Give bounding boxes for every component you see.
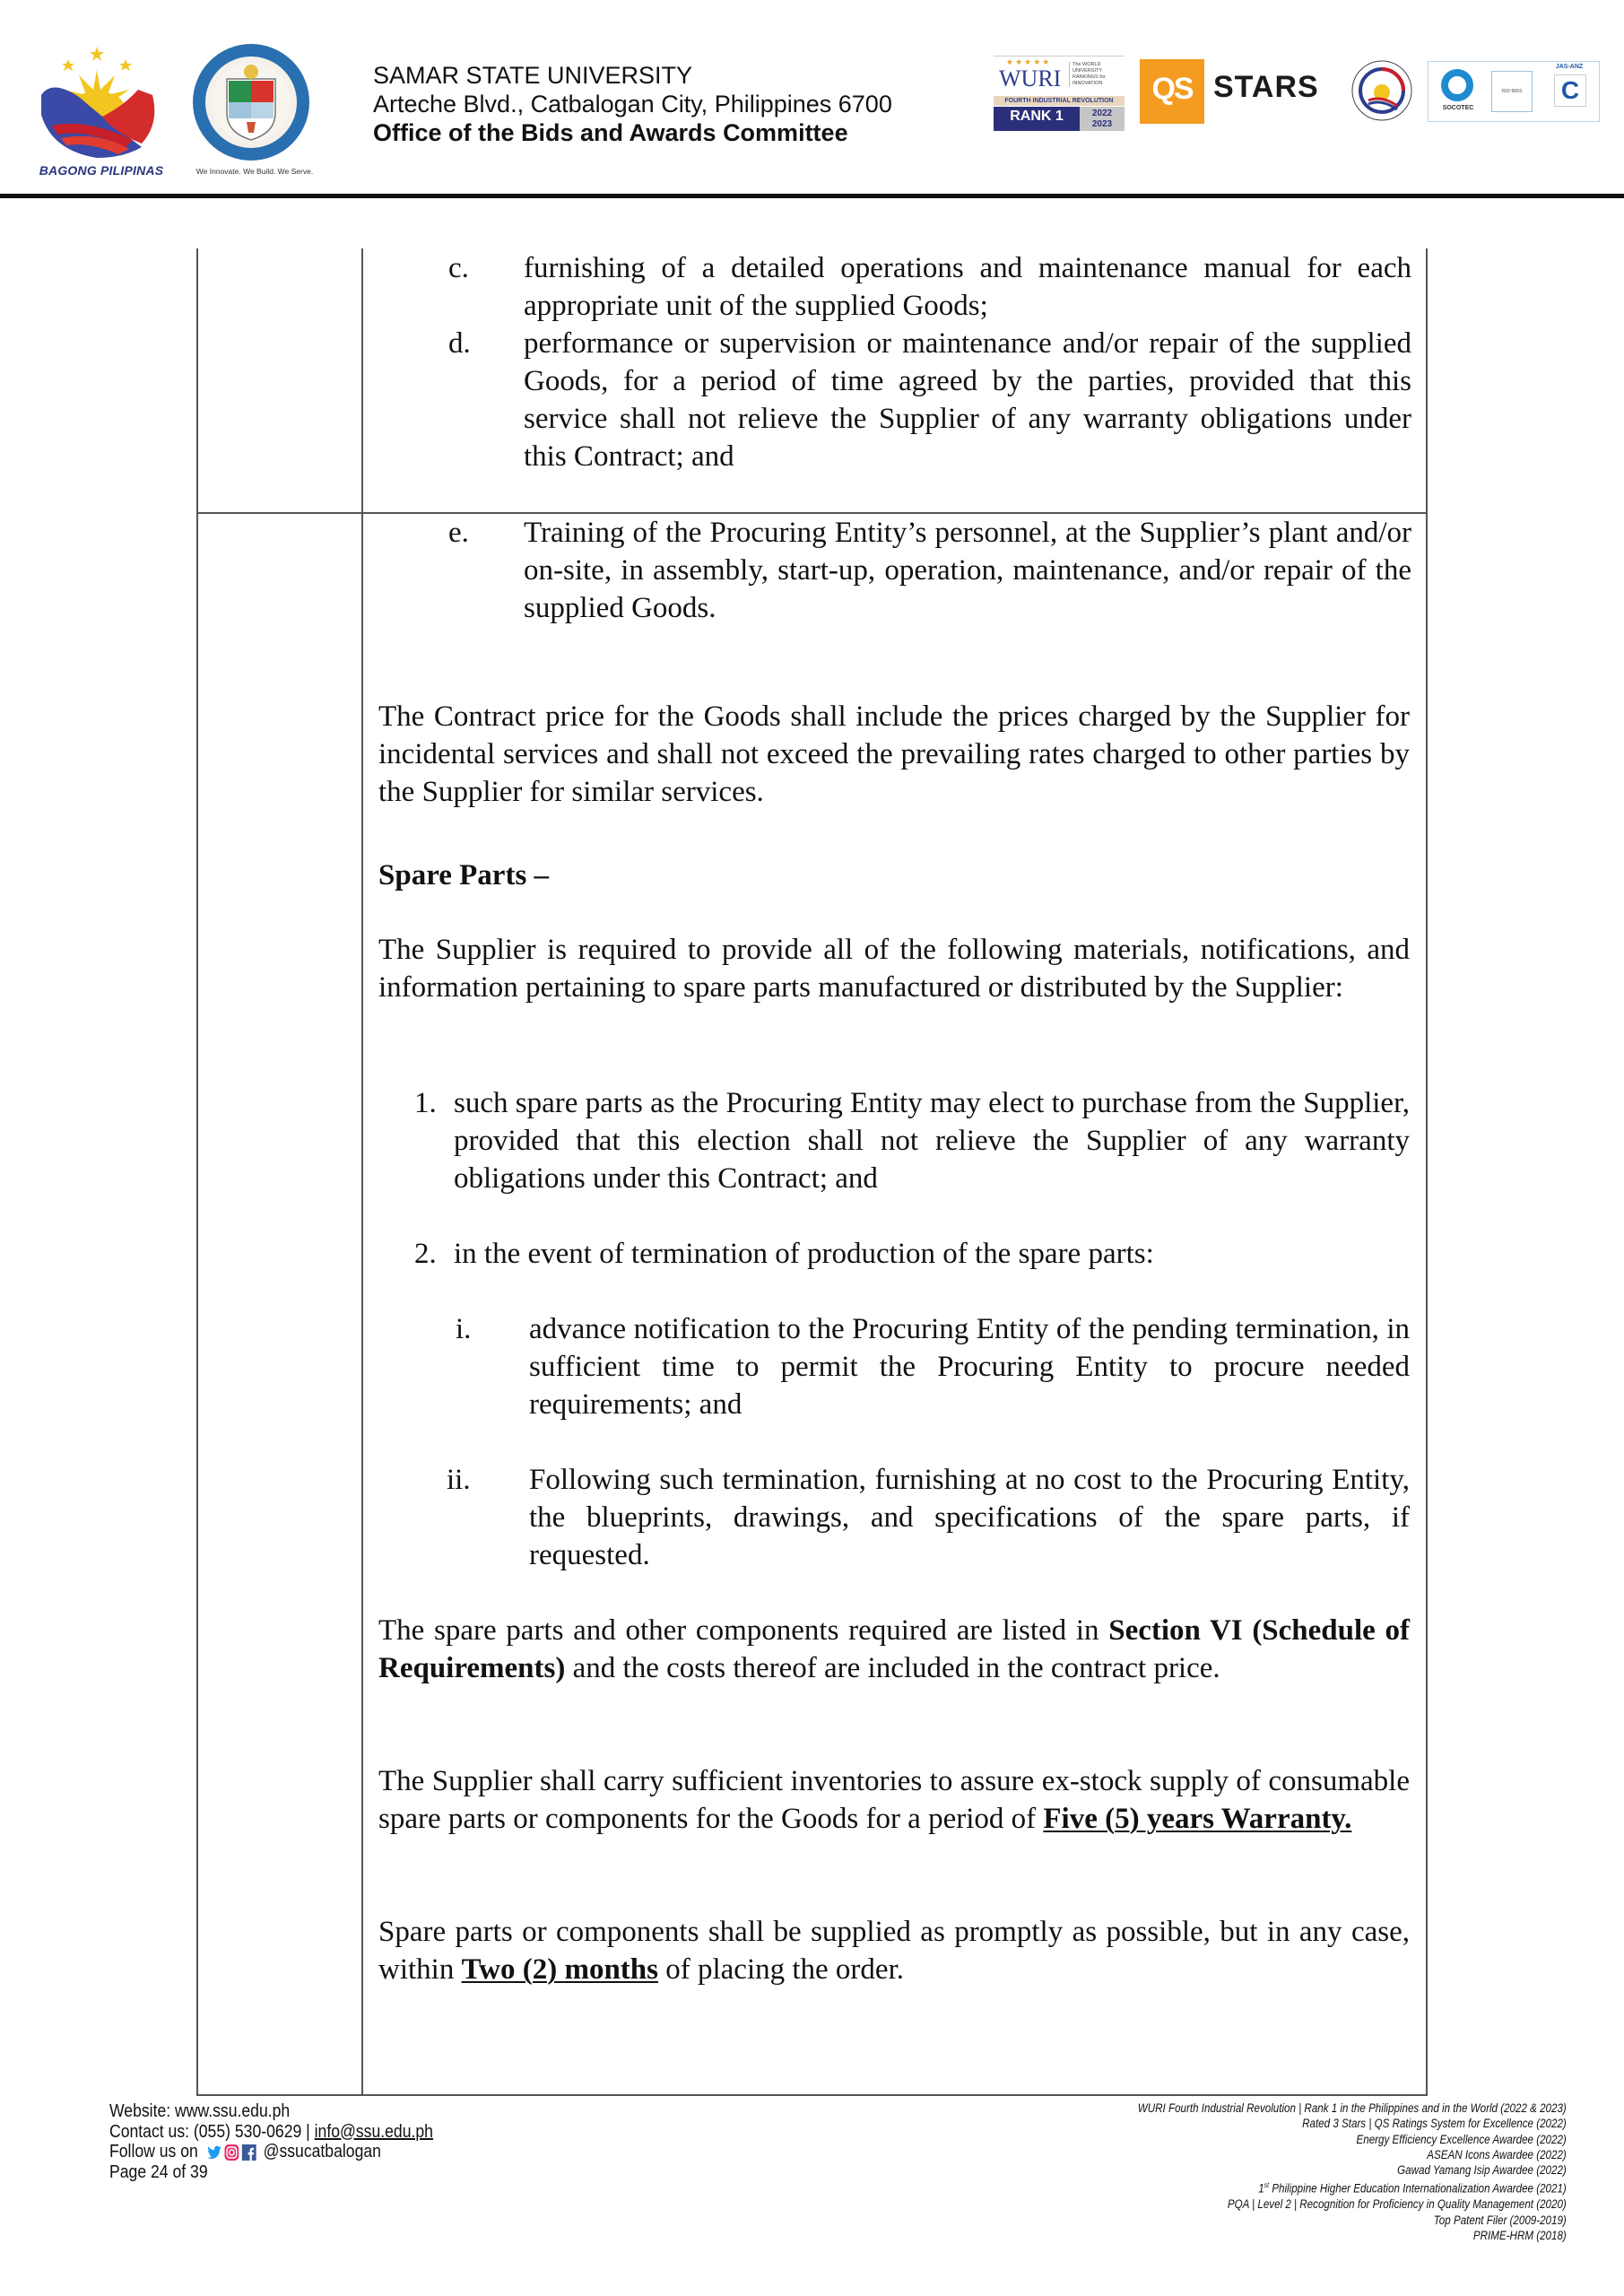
list-label: i.	[456, 1310, 471, 1348]
list-label: d.	[448, 325, 471, 362]
footer-contact-line: Contact us: (055) 530-0629 | info@ssu.ed…	[109, 2122, 433, 2143]
socotec-name: SOCOTEC	[1434, 105, 1482, 111]
list-label: 1.	[414, 1084, 437, 1122]
footer-follow-label: Follow us on	[109, 2142, 198, 2161]
warranty-period: Five (5) years Warranty.	[1043, 1803, 1351, 1835]
list-text: such spare parts as the Procuring Entity…	[454, 1084, 1410, 1197]
list-label: ii.	[447, 1461, 471, 1499]
wuri-years: 2022 2023	[1080, 107, 1125, 131]
spare-parts-heading: Spare Parts –	[378, 857, 1410, 894]
wuri-name: WURI	[999, 65, 1061, 92]
inventory-paragraph: The Supplier shall carry sufficient inve…	[378, 1762, 1410, 1838]
qs-stars-label: STARS	[1213, 70, 1319, 105]
list-text: in the event of termination of productio…	[454, 1235, 1410, 1273]
institution-address: Arteche Blvd., Catbalogan City, Philippi…	[373, 90, 892, 118]
table-border-bottom	[196, 2094, 1428, 2096]
footer-phone: Contact us: (055) 530-0629 |	[109, 2122, 315, 2142]
award-item: Energy Efficiency Excellence Awardee (20…	[1138, 2132, 1567, 2147]
list-text: advance notification to the Procuring En…	[529, 1310, 1410, 1423]
institution-name: SAMAR STATE UNIVERSITY	[373, 61, 892, 90]
iso-label: ISO 9001	[1491, 71, 1533, 112]
award-item: Top Patent Filer (2009-2019)	[1138, 2213, 1567, 2228]
footer-email-link[interactable]: info@ssu.edu.ph	[315, 2122, 433, 2142]
section-vi-text: The spare parts and other components req…	[378, 1614, 1108, 1647]
award-item: WURI Fourth Industrial Revolution | Rank…	[1138, 2100, 1567, 2116]
list-label: 2.	[414, 1235, 437, 1273]
institution-block: SAMAR STATE UNIVERSITY Arteche Blvd., Ca…	[373, 61, 892, 147]
ssu-seal-logo: We Innovate. We Build. We Serve.	[184, 43, 318, 187]
list-text: performance or supervision or maintenanc…	[524, 325, 1411, 475]
qs-logo-icon: QS	[1140, 59, 1204, 124]
footer-contact: Website: www.ssu.edu.ph Contact us: (055…	[109, 2101, 433, 2182]
supply-text-end: of placing the order.	[658, 1953, 904, 1986]
jas-anz-label: JAS-ANZ	[1547, 64, 1592, 70]
bagong-pilipinas-logo: BAGONG PILIPINAS	[25, 43, 169, 187]
bagong-pilipinas-emblem-icon	[25, 43, 169, 160]
bagong-pilipinas-caption: BAGONG PILIPINAS	[25, 163, 178, 178]
award-item: Gawad Yamang Isip Awardee (2022)	[1138, 2162, 1567, 2178]
award-ordinal-suffix: st	[1264, 2181, 1269, 2189]
award-item: PQA | Level 2 | Recognition for Proficie…	[1138, 2196, 1567, 2212]
wuri-category: FOURTH INDUSTRIAL REVOLUTION	[994, 96, 1125, 106]
section-vi-text-end: and the costs thereof are included in th…	[565, 1652, 1220, 1684]
award-item: ASEAN Icons Awardee (2022)	[1138, 2147, 1567, 2162]
table-column-divider	[361, 248, 363, 2096]
award-item: PRIME-HRM (2018)	[1138, 2228, 1567, 2243]
award-item: Rated 3 Stars | QS Ratings System for Ex…	[1138, 2116, 1567, 2131]
letterhead: BAGONG PILIPINAS We Innovate. We Build. …	[0, 0, 1624, 199]
socotec-iso-badge: SOCOTEC ISO 9001 JAS-ANZ C	[1428, 61, 1600, 122]
wuri-rank: RANK 1	[994, 107, 1080, 131]
ssu-tagline: We Innovate. We Build. We Serve.	[178, 167, 331, 176]
wuri-badge: ★★★★★ WURI The WORLD UNIVERSITY RANKINGS…	[994, 56, 1125, 132]
ssu-seal-icon	[184, 43, 318, 164]
wuri-subtitle: The WORLD UNIVERSITY RANKINGS for INNOVA…	[1069, 62, 1126, 87]
office-name: Office of the Bids and Awards Committee	[373, 118, 892, 147]
spare-parts-intro: The Supplier is required to provide all …	[378, 931, 1410, 1006]
qs-mark: QS	[1140, 72, 1204, 107]
page-number: Page 24 of 39	[109, 2162, 433, 2183]
philippine-quality-award-icon	[1350, 59, 1413, 122]
list-label: c.	[448, 249, 469, 287]
list-label: e.	[448, 514, 469, 552]
accreditation-badges: ★★★★★ WURI The WORLD UNIVERSITY RANKINGS…	[994, 50, 1603, 131]
section-vi-paragraph: The spare parts and other components req…	[378, 1612, 1410, 1687]
jas-anz-logo-icon: C	[1554, 74, 1586, 107]
twitter-icon[interactable]	[207, 2144, 223, 2161]
supply-deadline: Two (2) months	[462, 1953, 658, 1986]
contract-price-paragraph: The Contract price for the Goods shall i…	[378, 698, 1410, 811]
wuri-year-1: 2022	[1080, 109, 1125, 119]
list-text: Training of the Procuring Entity’s perso…	[524, 514, 1411, 627]
award-item: 1st Philippine Higher Education Internat…	[1138, 2178, 1567, 2196]
list-text: furnishing of a detailed operations and …	[524, 249, 1411, 325]
wuri-year-2: 2023	[1080, 119, 1125, 130]
header-divider	[0, 194, 1624, 198]
footer-website[interactable]: Website: www.ssu.edu.ph	[109, 2101, 433, 2122]
socotec-logo-icon	[1441, 69, 1473, 101]
table-border-right	[1426, 248, 1428, 2096]
supply-paragraph: Spare parts or components shall be suppl…	[378, 1913, 1410, 1988]
facebook-icon[interactable]	[241, 2144, 257, 2161]
footer-awards: WURI Fourth Industrial Revolution | Rank…	[1138, 2100, 1567, 2243]
table-border-left	[196, 248, 198, 2096]
footer-social-handle[interactable]: @ssucatbalogan	[264, 2142, 381, 2161]
instagram-icon[interactable]	[224, 2144, 240, 2161]
footer-social-line: Follow us on @ssucatbalogan	[109, 2142, 433, 2162]
list-text: Following such termination, furnishing a…	[529, 1461, 1410, 1574]
award-text: Philippine Higher Education Internationa…	[1272, 2182, 1567, 2196]
